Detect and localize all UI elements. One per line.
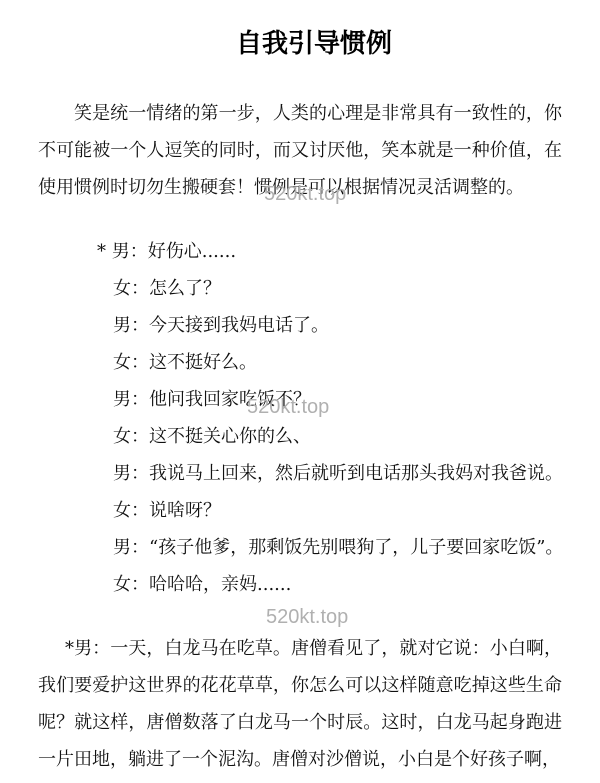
dialogue-line: 男：他问我回家吃饭不？ (38, 381, 562, 418)
text-line: 不可能被一个人逗笑的同时，而又讨厌他，笑本就是一种价值，在 (38, 132, 562, 169)
text-line: 我们要爱护这世界的花花草草，你怎么可以这样随意吃掉这些生命 (38, 667, 562, 704)
dialogue-line: * 男：好伤心...... (38, 233, 562, 270)
watermark-text: 520kt.top (266, 607, 348, 627)
dialogue-line: 男：“孩子他爹，那剩饭先别喂狗了，儿子要回家吃饭”。 (38, 529, 562, 566)
story-paragraph: *男：一天，白龙马在吃草。唐僧看见了，就对它说：小白啊， 我们要爱护这世界的花花… (38, 630, 562, 778)
text-line: *男：一天，白龙马在吃草。唐僧看见了，就对它说：小白啊， (38, 630, 562, 667)
document-page: 520kt.top 520kt.top 520kt.top 自我引导惯例 笑是统… (0, 0, 600, 783)
dialogue-line: 女：说啥呀？ (38, 492, 562, 529)
dialogue-line: 男：我说马上回来，然后就听到电话那头我妈对我爸说。 (38, 455, 562, 492)
text-line: 笑是统一情绪的第一步，人类的心理是非常具有一致性的，你 (38, 95, 562, 132)
text-line: 一片田地，躺进了一个泥沟。唐僧对沙僧说，小白是个好孩子啊， (38, 741, 562, 778)
dialogue-line: 女：哈哈哈，亲妈...... (38, 566, 562, 603)
page-title: 自我引导惯例 (52, 26, 576, 62)
dialogue-line: 男：今天接到我妈电话了。 (38, 307, 562, 344)
dialogue-line: 女：这不挺好么。 (38, 344, 562, 381)
dialogue-line: 女：怎么了？ (38, 270, 562, 307)
text-line: 使用惯例时切勿生搬硬套！惯例是可以根据情况灵活调整的。 (38, 169, 562, 206)
dialogue-block: * 男：好伤心...... 女：怎么了？ 男：今天接到我妈电话了。 女：这不挺好… (38, 233, 562, 603)
dialogue-line: 女：这不挺关心你的么、 (38, 418, 562, 455)
text-line: 呢？就这样，唐僧数落了白龙马一个时辰。这时，白龙马起身跑进 (38, 704, 562, 741)
intro-paragraph: 笑是统一情绪的第一步，人类的心理是非常具有一致性的，你 不可能被一个人逗笑的同时… (38, 95, 562, 206)
